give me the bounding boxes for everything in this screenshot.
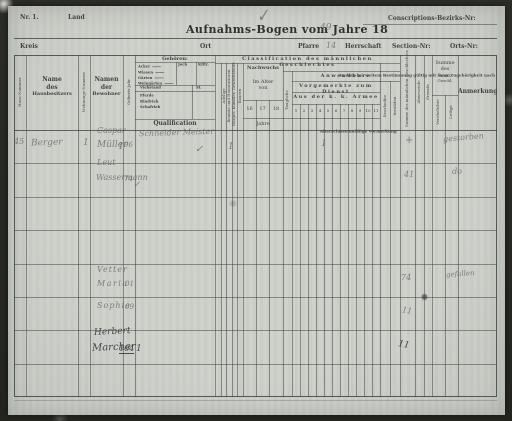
section-line — [292, 104, 380, 105]
column-header-owner: Name des Hausbesitzers — [26, 76, 78, 97]
column-header-anmerkung: Anmerkung — [458, 88, 497, 96]
grid-line — [372, 104, 373, 397]
vieh-st: St. — [196, 85, 202, 91]
handwriting-bewohner: Leut — [97, 158, 115, 167]
column-header-wohnung: Wohnungs-Nummer — [80, 62, 88, 122]
class-9: 9 — [356, 108, 364, 113]
section-line — [192, 85, 193, 119]
grid-line — [78, 55, 79, 397]
class-1: 1 — [292, 108, 300, 113]
class-11: 11 — [372, 108, 380, 113]
handwriting-birthyear: 01 — [125, 280, 134, 288]
invaliden-col: Invaliden — [391, 76, 399, 136]
handwriting-birthyear: 74 — [124, 175, 133, 183]
handwriting-mark: 1 — [136, 344, 142, 354]
vieh-rows: Pferde Rindvieh Schafvieh — [140, 93, 160, 110]
handwriting-sum: 41 — [404, 170, 414, 179]
class-6: 6 — [332, 108, 340, 113]
beurlaubte-col: Beurlaubte — [381, 76, 389, 136]
fremde-col: Fremde — [424, 62, 432, 122]
land-label: Land — [68, 14, 85, 22]
section-line — [196, 62, 197, 85]
class-2: 2 — [300, 108, 308, 113]
grid-line — [90, 55, 91, 397]
column-header-haus-nr: Haus-Nummer — [16, 62, 24, 122]
class-bottom-label: Altersclassenmäßige Vormerkung — [292, 120, 380, 140]
photo-of-census-form: Nr. 1. Land Conscriptions-Bezirks-Nr: Au… — [0, 0, 512, 421]
grid-line — [26, 55, 27, 397]
handwriting-mark: 1 — [118, 142, 124, 152]
grid-line — [340, 104, 341, 397]
verehelichte-col: Verehelichte — [434, 82, 442, 142]
header-rule — [14, 38, 497, 39]
grid-line — [364, 104, 365, 397]
bottom-double-rule — [14, 400, 497, 401]
handwriting-check: ✓ — [133, 180, 141, 190]
class-10: 10 — [364, 108, 372, 113]
grid-line — [348, 104, 349, 397]
age-18: 18 — [269, 106, 283, 112]
section-line — [243, 100, 283, 101]
besitz-unit-joch: Joch — [178, 62, 187, 68]
handwriting-bewohner: Vetter — [97, 265, 128, 274]
class-8: 8 — [348, 108, 356, 113]
summe-maennlich-col: Summe des männlichen Geschlechtes — [403, 57, 411, 127]
grid-line — [356, 104, 357, 397]
conscription-label: Conscriptions-Bezirks-Nr: — [388, 15, 476, 23]
handwriting-sum: 11 — [401, 305, 412, 315]
handwriting-pfarre-value: 14 — [326, 41, 336, 50]
form-title: Aufnahms-Bogen vom Jahre 18 — [186, 23, 388, 36]
grid-line — [308, 104, 309, 397]
grid-line — [300, 104, 301, 397]
grid-line — [215, 55, 216, 397]
summe-weiblich-title: Summe des weibl. Geschl. — [432, 60, 458, 83]
grid-line — [316, 104, 317, 397]
handwriting-plus-mark: + — [405, 135, 413, 146]
besitz-land-rows: Äcker Wiesen Gärten Weingärten — [138, 64, 173, 86]
handwriting-check: ✓ — [195, 144, 203, 155]
age-17: 17 — [256, 106, 269, 112]
handwriting-birthyear: 09 — [125, 303, 134, 311]
nachwuchs-sub: Im Alter von — [243, 79, 283, 92]
handwriting-tally: 1 — [321, 139, 327, 149]
jahre-label: Jahre — [243, 121, 283, 127]
herrschaft-label: Herrschaft — [345, 43, 381, 51]
grid-line — [458, 55, 459, 397]
handwriting-house-number: 45 — [14, 137, 24, 146]
handwriting-sum: 74 — [401, 273, 411, 282]
form-number: Nr. 1. — [20, 14, 39, 22]
pfarre-label: Pfarre — [298, 43, 319, 51]
handwriting-bewohner: Maria — [97, 279, 129, 288]
besitz-unit-klafter: Klftr. — [198, 62, 209, 68]
class-line4: Aus der k. k. Armee — [292, 94, 380, 100]
class-col-bauern: Bauern — [236, 66, 244, 126]
class-4: 4 — [316, 108, 324, 113]
age-16: 16 — [243, 106, 256, 112]
handwriting-year: 49 — [320, 23, 331, 33]
handwriting-owner-name: Berger — [31, 137, 63, 148]
grid-line — [332, 104, 333, 397]
class-3: 3 — [308, 108, 316, 113]
grid-line — [432, 55, 433, 397]
handwriting-remark: do — [452, 167, 462, 176]
handwriting-sum: 11 — [397, 339, 410, 351]
class-7: 7 — [340, 108, 348, 113]
section-line — [243, 118, 380, 119]
section-line — [176, 62, 177, 85]
class-5: 5 — [324, 108, 332, 113]
column-header-geburtsjahr: Geburts-Jahr — [125, 62, 133, 122]
grid-line — [269, 100, 270, 397]
vieh-header: Viehstand — [140, 85, 161, 91]
kreis-label: Kreis — [20, 43, 38, 51]
column-header-bewohner: Namen der Bewohner — [90, 76, 123, 97]
handwriting-bewohner: Herbert — [94, 326, 131, 338]
ort-label: Ort — [200, 43, 211, 51]
abwesende-col: Abwesende — [415, 62, 423, 122]
handwriting-bewohner: Caspar — [97, 126, 126, 135]
section-line — [135, 91, 215, 92]
nachwuchs-title: Nachwuchs — [243, 65, 283, 71]
handwriting-birthyear: 104 — [119, 344, 134, 354]
section-label: Section-Nr: — [392, 43, 431, 51]
grid-line — [256, 100, 257, 397]
handwriting-tally: 1 — [228, 142, 234, 152]
orts-nr-label: Orts-Nr: — [450, 43, 478, 51]
handwriting-birthyear: 96 — [124, 141, 133, 149]
handwriting-wohnung-nr: 1 — [83, 138, 89, 148]
